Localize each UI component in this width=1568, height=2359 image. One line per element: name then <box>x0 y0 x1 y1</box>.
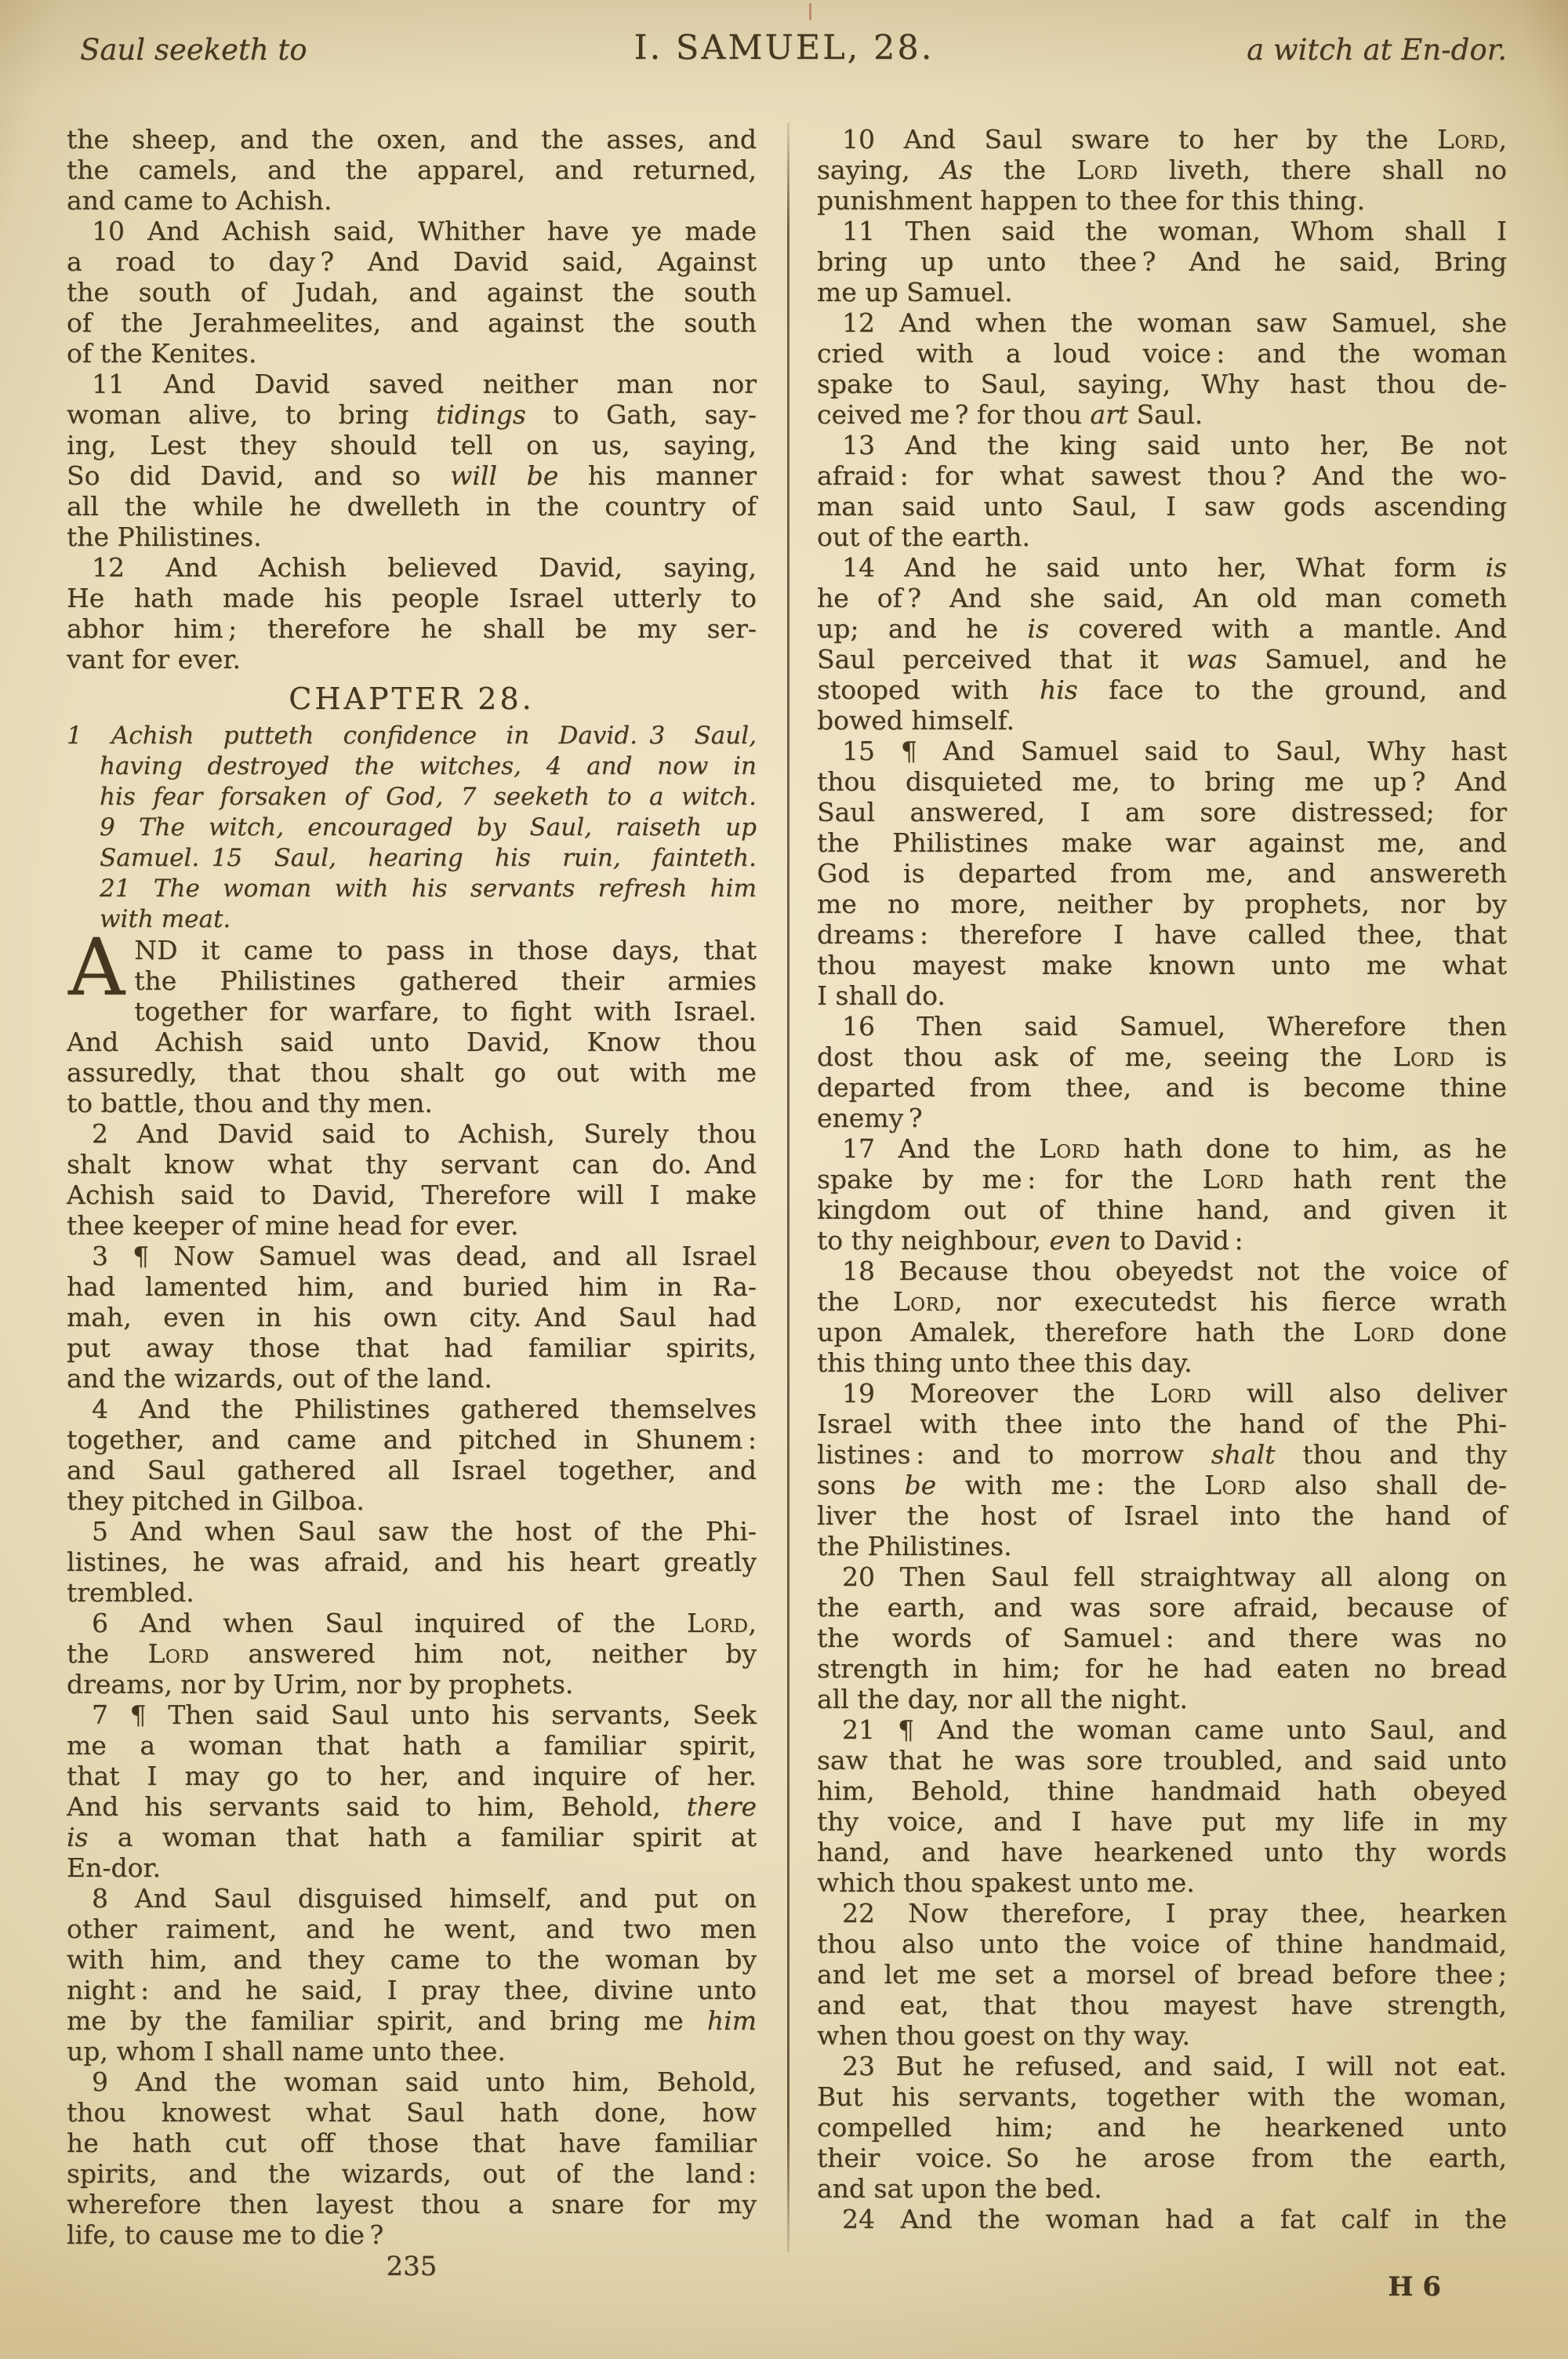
text-segment: 2 And David said to Achish, Surely thou <box>92 1118 757 1149</box>
text-line: 8 And Saul disguised himself, and put on <box>67 1883 757 1914</box>
text-line: man said unto Saul, I saw gods ascending <box>817 491 1507 522</box>
text-segment: En-dor. <box>67 1852 161 1883</box>
bible-page: Saul seeketh to I. SAMUEL, 28. a witch a… <box>0 0 1568 2359</box>
text-line: he of ? And she said, An old man cometh <box>817 583 1507 613</box>
text-segment: Samuel, and he <box>1237 644 1507 674</box>
verse-28-3: 3 ¶ Now Samuel was dead, and all Israelh… <box>67 1241 757 1394</box>
text-segment: 9 And the woman said unto him, Behold, <box>92 2066 757 2097</box>
verse-28-17: 17 And the Lord hath done to him, as hes… <box>817 1133 1507 1256</box>
verse-28-18: 18 Because thou obeyedst not the voice o… <box>817 1256 1507 1378</box>
text-segment: Israel with thee into the hand of the Ph… <box>817 1408 1507 1439</box>
text-segment: also shall de- <box>1266 1470 1507 1500</box>
text-segment: upon Amalek, therefore hath the <box>817 1317 1353 1347</box>
text-line: the earth, and was sore afraid, because … <box>817 1592 1507 1623</box>
text-segment: is <box>1454 1041 1507 1072</box>
text-segment: they pitched in Gilboa. <box>67 1485 365 1516</box>
text-line: CHAPTER 28. <box>67 684 757 714</box>
text-segment: 23 But he refused, and said, I will not … <box>842 2051 1507 2081</box>
text-segment: hath done to him, as he <box>1100 1133 1507 1164</box>
text-segment: 1 Achish putteth confidence in David. 3 … <box>67 722 757 750</box>
text-line: put away those that had familiar spirits… <box>67 1332 757 1363</box>
text-segment: and the wizards, out of the land. <box>67 1363 492 1394</box>
text-line: departed from thee, and is become thine <box>817 1072 1507 1103</box>
text-segment: and Saul gathered all Israel together, a… <box>67 1455 757 1485</box>
text-line: thou disquieted me, to bring me up ? And <box>817 766 1507 797</box>
verse-28-6: 6 And when Saul inquired of the Lord,the… <box>67 1608 757 1699</box>
text-line: the words of Samuel : and there was no <box>817 1623 1507 1653</box>
text-line: God is departed from me, and answereth <box>817 858 1507 889</box>
text-segment: the <box>67 1638 147 1669</box>
text-line: 23 But he refused, and said, I will not … <box>817 2051 1507 2081</box>
text-line: 3 ¶ Now Samuel was dead, and all Israel <box>67 1241 757 1271</box>
text-line: spake by me : for the Lord hath rent the <box>817 1164 1507 1194</box>
text-segment: vant for ever. <box>67 644 241 674</box>
text-line: the Philistines. <box>67 522 757 552</box>
text-segment: the <box>817 1286 893 1317</box>
text-segment: punishment happen to thee for this thing… <box>817 185 1365 216</box>
text-segment: all the while he dwelleth in the country… <box>67 491 757 522</box>
text-line: his fear forsaken of God, 7 seeketh to a… <box>67 782 757 812</box>
text-segment: with me : the <box>936 1470 1204 1500</box>
text-line: And his servants said to him, Behold, th… <box>67 1791 757 1822</box>
text-line: him, Behold, thine handmaid hath obeyed <box>817 1776 1507 1806</box>
verse-27-12: 12 And Achish believed David, saying,He … <box>67 552 757 674</box>
text-line: 9 And the woman said unto him, Behold, <box>67 2066 757 2097</box>
verse-28-10: 10 And Saul sware to her by the Lord,say… <box>817 124 1507 216</box>
text-line: upon Amalek, therefore hath the Lord don… <box>817 1317 1507 1347</box>
text-line: of the Kenites. <box>67 338 757 369</box>
text-segment: 18 Because thou obeyedst not the voice o… <box>842 1256 1507 1286</box>
text-segment: man said unto Saul, I saw gods ascending <box>817 491 1507 522</box>
text-segment: cried with a loud voice : and the woman <box>817 338 1507 369</box>
text-segment: 6 And when Saul inquired of the <box>92 1608 687 1638</box>
verse-28-7: 7 ¶ Then said Saul unto his servants, Se… <box>67 1699 757 1883</box>
text-line: me a woman that hath a familiar spirit, <box>67 1730 757 1761</box>
text-segment: thou knowest what Saul hath done, how <box>67 2097 757 2128</box>
text-line: trembled. <box>67 1577 757 1608</box>
text-segment: afraid : for what sawest thou ? And the … <box>817 460 1507 491</box>
text-line: 10 And Saul sware to her by the Lord, <box>817 124 1507 154</box>
text-line: had lamented him, and buried him in Ra- <box>67 1271 757 1302</box>
text-segment: Saul. <box>1128 399 1203 430</box>
text-segment: shalt know what thy servant can do. And <box>67 1149 757 1179</box>
text-line: 17 And the Lord hath done to him, as he <box>817 1133 1507 1164</box>
text-line: Saul perceived that it was Samuel, and h… <box>817 644 1507 674</box>
text-line: wherefore then layest thou a snare for m… <box>67 2189 757 2219</box>
text-line: having destroyed the witches, 4 and now … <box>67 751 757 782</box>
paper-blemish <box>809 3 811 20</box>
text-segment: thee keeper of mine head for ever. <box>67 1210 519 1241</box>
text-line: saw that he was sore troubled, and said … <box>817 1745 1507 1776</box>
text-segment: bring up unto thee ? And he said, Bring <box>817 246 1507 277</box>
text-segment: Saul answered, I am sore distressed; for <box>817 797 1507 827</box>
text-segment: the <box>973 154 1076 185</box>
text-line: saying, As the Lord liveth, there shall … <box>817 154 1507 185</box>
text-line: strength in him; for he had eaten no bre… <box>817 1653 1507 1684</box>
printers-signature: H 6 <box>817 2271 1507 2303</box>
text-segment: up; and he <box>817 613 1027 644</box>
text-line: with him, and they came to the woman by <box>67 1944 757 1975</box>
text-segment: with him, and they came to the woman by <box>67 1944 757 1975</box>
text-line: stooped with his face to the ground, and <box>817 674 1507 705</box>
text-segment: saying, <box>817 154 941 185</box>
text-line: and Saul gathered all Israel together, a… <box>67 1455 757 1485</box>
verse-28-8: 8 And Saul disguised himself, and put on… <box>67 1883 757 2066</box>
verse-27-11: 11 And David saved neither man norwoman … <box>67 369 757 552</box>
italic-word: his <box>1040 674 1078 705</box>
text-segment: life, to cause me to die ? <box>67 2219 383 2250</box>
text-segment: the Philistines make war against me, and <box>817 827 1507 858</box>
text-line: 15 ¶ And Samuel said to Saul, Why hast <box>817 736 1507 766</box>
text-line: up, whom I shall name unto thee. <box>67 2036 757 2066</box>
verse-27-10: 10 And Achish said, Whither have ye made… <box>67 216 757 369</box>
text-line: thee keeper of mine head for ever. <box>67 1210 757 1241</box>
text-line: dreams : therefore I have called thee, t… <box>817 919 1507 950</box>
text-segment: 7 ¶ Then said Saul unto his servants, Se… <box>92 1699 757 1730</box>
page-number: 235 <box>67 2251 757 2282</box>
left-column: the sheep, and the oxen, and the asses, … <box>67 124 757 2250</box>
text-line: 5 And when Saul saw the host of the Phi- <box>67 1516 757 1547</box>
text-line: spake to Saul, saying, Why hast thou de- <box>817 369 1507 399</box>
text-segment: ing, Lest they should tell on us, saying… <box>67 430 757 460</box>
text-segment: ceived me ? for thou <box>817 399 1090 430</box>
text-segment: which thou spakest unto me. <box>817 1867 1195 1898</box>
text-line: the Philistines make war against me, and <box>817 827 1507 858</box>
text-segment: having destroyed the witches, 4 and now … <box>100 752 757 780</box>
text-segment: the Philistines. <box>817 1531 1012 1561</box>
text-line: the Philistines gathered their armies <box>67 965 757 996</box>
italic-word: even <box>1049 1225 1111 1256</box>
text-segment: and came to Achish. <box>67 185 332 216</box>
text-segment: liveth, there shall no <box>1138 154 1507 185</box>
text-segment: strength in him; for he had eaten no bre… <box>817 1653 1507 1684</box>
text-line: is a woman that hath a familiar spirit a… <box>67 1822 757 1852</box>
text-line: ing, Lest they should tell on us, saying… <box>67 430 757 460</box>
text-segment: 13 And the king said unto her, Be not <box>842 430 1507 460</box>
text-segment: kingdom out of thine hand, and given it <box>817 1194 1507 1225</box>
text-segment: thy voice, and I have put my life in my <box>817 1806 1507 1837</box>
text-segment: , <box>749 1608 757 1638</box>
text-segment: thou and thy <box>1276 1439 1508 1470</box>
text-segment: that I may go to her, and inquire of her… <box>67 1761 757 1791</box>
text-line: hand, and have hearkened unto thy words <box>817 1837 1507 1867</box>
text-line: Achish said to David, Therefore will I m… <box>67 1179 757 1210</box>
text-line: 24 And the woman had a fat calf in the <box>817 2204 1507 2234</box>
text-line: liver the host of Israel into the hand o… <box>817 1500 1507 1531</box>
text-line: night : and he said, I pray thee, divine… <box>67 1975 757 2005</box>
text-line: me by the familiar spirit, and bring me … <box>67 2005 757 2036</box>
text-segment: Achish said to David, Therefore will I m… <box>67 1179 757 1210</box>
text-segment: 9 The witch, encouraged by Saul, raiseth… <box>100 813 757 841</box>
text-line: sons be with me : the Lord also shall de… <box>817 1470 1507 1500</box>
verse-28-22: 22 Now therefore, I pray thee, hearkenth… <box>817 1898 1507 2051</box>
text-segment: the words of Samuel : and there was no <box>817 1623 1507 1653</box>
text-line: and let me set a morsel of bread before … <box>817 1959 1507 1990</box>
chapter-27-verse-9-continuation: the sheep, and the oxen, and the asses, … <box>67 124 757 216</box>
text-line: 12 And Achish believed David, saying, <box>67 552 757 583</box>
text-segment: God is departed from me, and answereth <box>817 858 1507 889</box>
text-line: bring up unto thee ? And he said, Bring <box>817 246 1507 277</box>
text-line: the south of Judah, and against the sout… <box>67 277 757 307</box>
text-segment: his fear forsaken of God, 7 seeketh to a… <box>100 783 757 811</box>
text-segment: 21 The woman with his servants refresh h… <box>100 874 757 903</box>
text-segment: his manner <box>558 460 757 491</box>
italic-word: be <box>905 1470 937 1500</box>
text-segment: 10 And Achish said, Whither have ye made <box>92 216 757 246</box>
italic-word: tidings <box>436 399 526 430</box>
small-caps-word: Lord <box>1393 1041 1455 1072</box>
text-segment: Samuel. 15 Saul, hearing his ruin, faint… <box>100 844 757 872</box>
text-line: dreams, nor by Urim, nor by prophets. <box>67 1669 757 1699</box>
text-segment: put away those that had familiar spirits… <box>67 1332 757 1363</box>
text-line: enemy ? <box>817 1103 1507 1133</box>
verse-28-12: 12 And when the woman saw Samuel, shecri… <box>817 307 1507 430</box>
text-line: 13 And the king said unto her, Be not <box>817 430 1507 460</box>
text-line: woman alive, to bring tidings to Gath, s… <box>67 399 757 430</box>
text-segment: thou mayest make known unto me what <box>817 950 1507 980</box>
text-line: 21 The woman with his servants refresh h… <box>67 874 757 904</box>
text-segment: he hath cut off those that have familiar <box>67 2128 757 2158</box>
text-segment: 3 ¶ Now Samuel was dead, and all Israel <box>92 1241 757 1271</box>
italic-word: shalt <box>1211 1439 1276 1470</box>
verse-28-23: 23 But he refused, and said, I will not … <box>817 2051 1507 2204</box>
text-line: compelled him; and he hearkened unto <box>817 2112 1507 2143</box>
text-segment: saw that he was sore troubled, and said … <box>817 1745 1507 1776</box>
text-segment: ND it came to pass in those days, that <box>134 935 757 965</box>
text-segment: , nor executedst his fierce wrath <box>954 1286 1507 1317</box>
text-segment: together for warfare, to fight with Isra… <box>134 996 757 1027</box>
text-segment: when thou goest on thy way. <box>817 2020 1190 2051</box>
text-line: the Philistines. <box>817 1531 1507 1561</box>
text-segment: of the Kenites. <box>67 338 256 369</box>
text-line: 12 And when the woman saw Samuel, she <box>817 307 1507 338</box>
text-segment: hand, and have hearkened unto thy words <box>817 1837 1507 1867</box>
right-column: 10 And Saul sware to her by the Lord,say… <box>817 124 1507 2234</box>
text-segment: liver the host of Israel into the hand o… <box>817 1500 1507 1531</box>
text-line: assuredly, that thou shalt go out with m… <box>67 1057 757 1088</box>
text-line: spirits, and the wizards, out of the lan… <box>67 2158 757 2189</box>
text-segment: night : and he said, I pray thee, divine… <box>67 1975 757 2005</box>
text-line: the sheep, and the oxen, and the asses, … <box>67 124 757 154</box>
text-line: vant for ever. <box>67 644 757 674</box>
text-segment: compelled him; and he hearkened unto <box>817 2112 1507 2143</box>
text-line: thou knowest what Saul hath done, how <box>67 2097 757 2128</box>
text-line: 11 Then said the woman, Whom shall I <box>817 216 1507 246</box>
text-segment: , <box>1499 124 1508 154</box>
text-segment: 12 And when the woman saw Samuel, she <box>842 307 1507 338</box>
text-segment: will also deliver <box>1211 1378 1507 1408</box>
text-line: and the wizards, out of the land. <box>67 1363 757 1394</box>
text-line: 14 And he said unto her, What form is <box>817 552 1507 583</box>
text-segment: covered with a mantle. And <box>1049 613 1507 644</box>
text-segment: I shall do. <box>817 980 946 1011</box>
small-caps-word: Lord <box>1203 1164 1265 1194</box>
text-line: and eat, that thou mayest have strength, <box>817 1990 1507 2020</box>
text-line: the Lord answered him not, neither by <box>67 1638 757 1669</box>
text-segment: listines, he was afraid, and his heart g… <box>67 1547 757 1577</box>
text-line: 9 The witch, encouraged by Saul, raiseth… <box>67 812 757 843</box>
text-line: me no more, neither by prophets, nor by <box>817 889 1507 919</box>
italic-word: was <box>1186 644 1237 674</box>
text-line: But his servants, together with the woma… <box>817 2081 1507 2112</box>
text-segment: spirits, and the wizards, out of the lan… <box>67 2158 757 2189</box>
verse-28-21: 21 ¶ And the woman came unto Saul, andsa… <box>817 1714 1507 1898</box>
text-line: and sat upon the bed. <box>817 2173 1507 2204</box>
chapter-28-summary: 1 Achish putteth confidence in David. 3 … <box>67 721 757 935</box>
text-segment: him, Behold, thine handmaid hath obeyed <box>817 1776 1507 1806</box>
text-segment: a road to day ? And David said, Against <box>67 246 757 277</box>
small-caps-word: Lord <box>1076 154 1138 185</box>
small-caps-word: Lord <box>1039 1133 1101 1164</box>
italic-word: is <box>67 1822 89 1852</box>
text-segment: and sat upon the bed. <box>817 2173 1102 2204</box>
small-caps-word: Lord <box>147 1638 209 1669</box>
verse-28-9: 9 And the woman said unto him, Behold,th… <box>67 2066 757 2250</box>
text-segment: departed from thee, and is become thine <box>817 1072 1507 1103</box>
text-segment: 20 Then Saul fell straightway all along … <box>842 1561 1507 1592</box>
text-segment: thou also unto the voice of thine handma… <box>817 1928 1507 1959</box>
text-segment: enemy ? <box>817 1103 923 1133</box>
text-line: afraid : for what sawest thou ? And the … <box>817 460 1507 491</box>
text-line: me up Samuel. <box>817 277 1507 307</box>
text-line: with meat. <box>67 904 757 935</box>
text-line: 2 And David said to Achish, Surely thou <box>67 1118 757 1149</box>
text-segment: a woman that hath a familiar spirit at <box>89 1822 757 1852</box>
text-segment: done <box>1414 1317 1507 1347</box>
text-segment: 5 And when Saul saw the host of the Phi- <box>92 1516 757 1547</box>
text-segment: me by the familiar spirit, and bring me <box>67 2005 707 2036</box>
text-segment: CHAPTER 28. <box>289 682 534 716</box>
text-segment: wherefore then layest thou a snare for m… <box>67 2189 757 2219</box>
text-segment: 8 And Saul disguised himself, and put on <box>92 1883 757 1914</box>
text-segment: bowed himself. <box>817 705 1014 736</box>
text-segment: the Philistines. <box>67 522 262 552</box>
verse-28-13: 13 And the king said unto her, Be notafr… <box>817 430 1507 552</box>
text-segment: spake by me : for the <box>817 1164 1203 1194</box>
text-line: 6 And when Saul inquired of the Lord, <box>67 1608 757 1638</box>
text-segment: together, and came and pitched in Shunem… <box>67 1424 757 1455</box>
text-line: all the day, nor all the night. <box>817 1684 1507 1714</box>
text-segment: to battle, thou and thy men. <box>67 1088 433 1118</box>
text-segment: 15 ¶ And Samuel said to Saul, Why hast <box>842 736 1507 766</box>
verse-28-24: 24 And the woman had a fat calf in the <box>817 2204 1507 2234</box>
text-segment: he of ? And she said, An old man cometh <box>817 583 1507 613</box>
text-segment: 12 And Achish believed David, saying, <box>92 552 757 583</box>
text-segment: So did David, and so <box>67 460 450 491</box>
text-segment: other raiment, and he went, and two men <box>67 1914 757 1944</box>
text-segment: But his servants, together with the woma… <box>817 2081 1507 2112</box>
text-segment: 11 Then said the woman, Whom shall I <box>842 216 1507 246</box>
text-segment: 24 And the woman had a fat calf in the <box>842 2204 1507 2234</box>
text-segment: 16 Then said Samuel, Wherefore then <box>842 1011 1507 1041</box>
verse-28-2: 2 And David said to Achish, Surely thous… <box>67 1118 757 1241</box>
verse-28-5: 5 And when Saul saw the host of the Phi-… <box>67 1516 757 1608</box>
text-line: all the while he dwelleth in the country… <box>67 491 757 522</box>
verse-28-14: 14 And he said unto her, What form ishe … <box>817 552 1507 736</box>
text-line: of the Jerahmeelites, and against the so… <box>67 307 757 338</box>
text-line: the camels, and the apparel, and returne… <box>67 154 757 185</box>
drop-cap-letter: A <box>67 935 134 998</box>
text-segment: me no more, neither by prophets, nor by <box>817 889 1507 919</box>
text-segment: answered him not, neither by <box>209 1638 757 1669</box>
text-line: thou mayest make known unto me what <box>817 950 1507 980</box>
text-line: 4 And the Philistines gathered themselve… <box>67 1394 757 1424</box>
text-line: 11 And David saved neither man nor <box>67 369 757 399</box>
text-segment: of the Jerahmeelites, and against the so… <box>67 307 757 338</box>
text-line: 20 Then Saul fell straightway all along … <box>817 1561 1507 1592</box>
text-line: 21 ¶ And the woman came unto Saul, and <box>817 1714 1507 1745</box>
text-segment: dreams, nor by Urim, nor by prophets. <box>67 1669 573 1699</box>
text-segment: the south of Judah, and against the sout… <box>67 277 757 307</box>
text-segment: He hath made his people Israel utterly t… <box>67 583 757 613</box>
small-caps-word: Lord <box>687 1608 749 1638</box>
text-line: 18 Because thou obeyedst not the voice o… <box>817 1256 1507 1286</box>
text-segment: And Achish said unto David, Know thou <box>67 1027 757 1057</box>
column-rule <box>787 122 789 2252</box>
text-segment: Saul perceived that it <box>817 644 1186 674</box>
verse-28-4: 4 And the Philistines gathered themselve… <box>67 1394 757 1516</box>
text-line: ceived me ? for thou art Saul. <box>817 399 1507 430</box>
text-segment: the Philistines gathered their armies <box>134 965 757 996</box>
small-caps-word: Lord <box>1353 1317 1415 1347</box>
text-segment: woman alive, to bring <box>67 399 436 430</box>
small-caps-word: Lord <box>1204 1470 1266 1500</box>
running-head-right: a witch at En-dor. <box>1247 33 1507 67</box>
verse-28-11: 11 Then said the woman, Whom shall Ibrin… <box>817 216 1507 307</box>
text-segment: me up Samuel. <box>817 277 1013 307</box>
text-segment: 11 And David saved neither man nor <box>92 369 757 399</box>
text-line: thy voice, and I have put my life in my <box>817 1806 1507 1837</box>
text-segment: assuredly, that thou shalt go out with m… <box>67 1057 757 1088</box>
text-segment: had lamented him, and buried him in Ra- <box>67 1271 757 1302</box>
text-segment: face to the ground, and <box>1078 674 1507 705</box>
text-segment: hath rent the <box>1264 1164 1507 1194</box>
text-line: mah, even in his own city. And Saul had <box>67 1302 757 1332</box>
text-segment: to thy neighbour, <box>817 1225 1049 1256</box>
text-segment: up, whom I shall name unto thee. <box>67 2036 506 2066</box>
text-line: cried with a loud voice : and the woman <box>817 338 1507 369</box>
text-line: dost thou ask of me, seeing the Lord is <box>817 1041 1507 1072</box>
chapter-28-heading: CHAPTER 28. <box>67 684 757 714</box>
text-line: ND it came to pass in those days, that <box>67 935 757 965</box>
verse-28-1: AND it came to pass in those days, thatt… <box>67 935 757 1118</box>
italic-word: is <box>1486 552 1508 583</box>
text-segment: to Gath, say- <box>526 399 757 430</box>
text-line: 16 Then said Samuel, Wherefore then <box>817 1011 1507 1041</box>
text-line: which thou spakest unto me. <box>817 1867 1507 1898</box>
text-line: He hath made his people Israel utterly t… <box>67 583 757 613</box>
text-line: a road to day ? And David said, Against <box>67 246 757 277</box>
text-segment: trembled. <box>67 1577 194 1608</box>
text-line: kingdom out of thine hand, and given it <box>817 1194 1507 1225</box>
verse-28-20: 20 Then Saul fell straightway all along … <box>817 1561 1507 1714</box>
text-segment: the camels, and the apparel, and returne… <box>67 154 757 185</box>
text-line: And Achish said unto David, Know thou <box>67 1027 757 1057</box>
italic-word: art <box>1090 399 1128 430</box>
text-line: 22 Now therefore, I pray thee, hearken <box>817 1898 1507 1928</box>
text-line: up; and he is covered with a mantle. And <box>817 613 1507 644</box>
text-line: 19 Moreover the Lord will also deliver <box>817 1378 1507 1408</box>
text-segment: dost thou ask of me, seeing the <box>817 1041 1393 1072</box>
text-segment: abhor him ; therefore he shall be my ser… <box>67 613 757 644</box>
text-line: En-dor. <box>67 1852 757 1883</box>
text-segment: spake to Saul, saying, Why hast thou de- <box>817 369 1507 399</box>
text-line: Israel with thee into the hand of the Ph… <box>817 1408 1507 1439</box>
text-line: out of the earth. <box>817 522 1507 552</box>
text-segment: 17 And the <box>842 1133 1039 1164</box>
text-line: to thy neighbour, even to David : <box>817 1225 1507 1256</box>
italic-word: is <box>1027 613 1049 644</box>
